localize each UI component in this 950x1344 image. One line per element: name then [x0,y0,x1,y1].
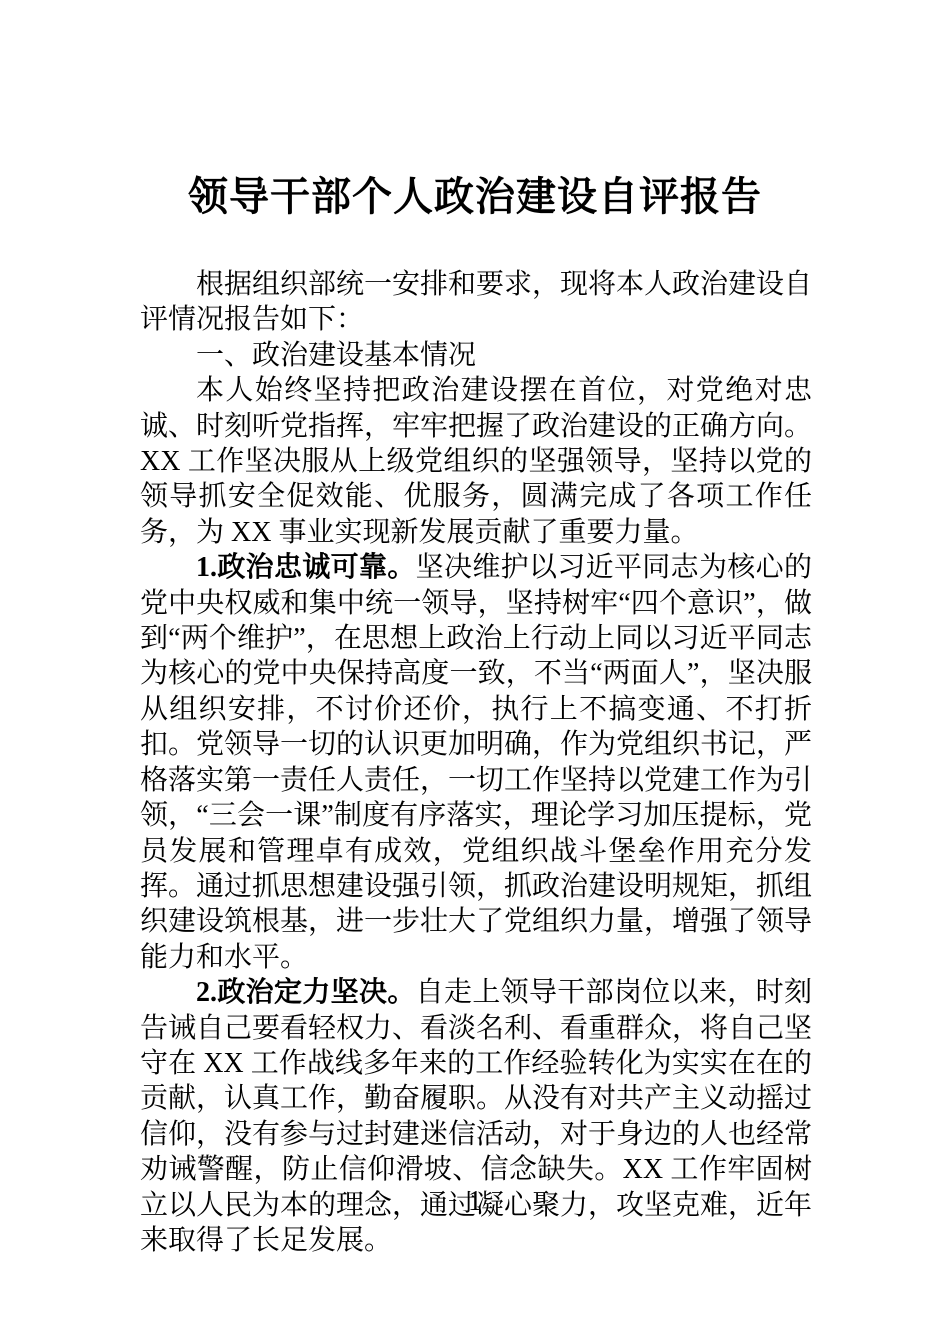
document-page: 领导干部个人政治建设自评报告 根据组织部统一安排和要求，现将本人政治建设自评情况… [0,173,950,1258]
paragraph-point-1: 1.政治忠诚可靠。坚决维护以习近平同志为核心的党中央权威和集中统一领导，坚持树牢… [140,550,812,975]
paragraph-overview: 本人始终坚持把政治建设摆在首位，对党绝对忠诚、时刻听党指挥，牢牢把握了政治建设的… [140,373,812,550]
page-number: 1 [0,1188,950,1216]
paragraph-point-1-lead: 1.政治忠诚可靠。 [196,552,416,583]
document-title: 领导干部个人政治建设自评报告 [0,173,950,221]
paragraph-point-1-text: 坚决维护以习近平同志为核心的党中央权威和集中统一领导，坚持树牢“四个意识”，做到… [140,552,812,972]
paragraph-intro: 根据组织部统一安排和要求，现将本人政治建设自评情况报告如下： [140,267,812,338]
document-body: 根据组织部统一安排和要求，现将本人政治建设自评情况报告如下： 一、政治建设基本情… [140,267,812,1258]
section-heading: 一、政治建设基本情况 [140,338,812,373]
paragraph-point-2-lead: 2.政治定力坚决。 [196,977,416,1008]
